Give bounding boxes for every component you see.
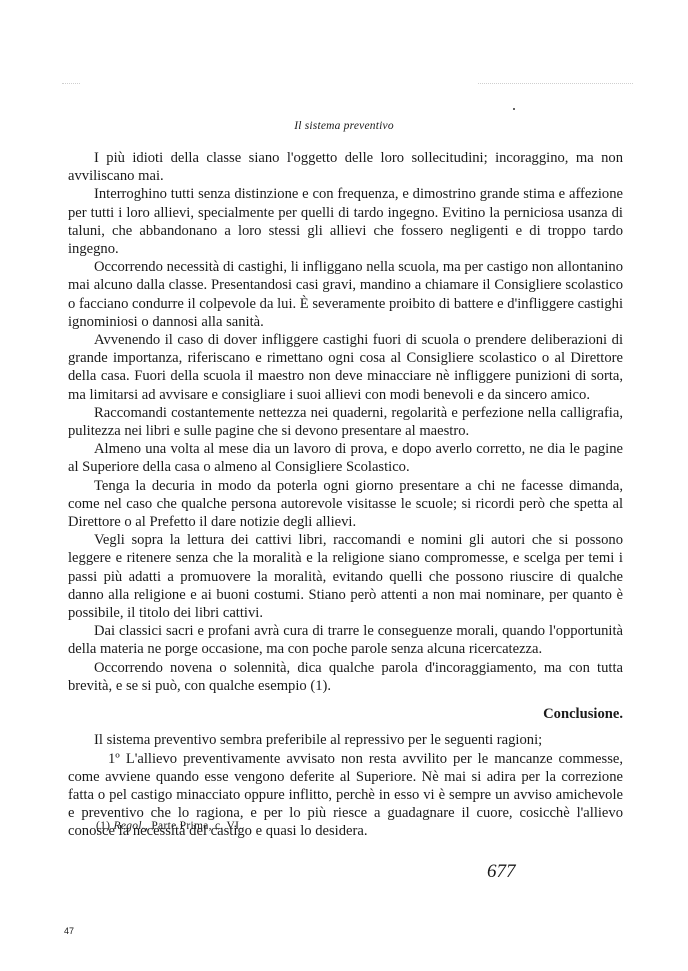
paragraph: Almeno una volta al mese dia un lavoro d… (68, 440, 623, 476)
paragraph: Interroghino tutti senza distinzione e c… (68, 185, 623, 258)
paragraph: Raccomandi costantemente nettezza nei qu… (68, 404, 623, 440)
section-heading: Conclusione. (68, 705, 623, 723)
document-page: Il sistema preventivo I più idioti della… (0, 0, 688, 971)
paragraph: Occorrendo necessità di castighi, li inf… (68, 258, 623, 331)
scan-number: 47 (64, 926, 74, 936)
scan-artifact (62, 83, 80, 85)
paragraph: Tenga la decuria in modo da poterla ogni… (68, 477, 623, 532)
paragraph: Occorrendo novena o solennità, dica qual… (68, 659, 623, 695)
paragraph: Avvenendo il caso di dover infliggere ca… (68, 331, 623, 404)
footnote-text: , Parte Prima, c. VI. (145, 820, 242, 832)
paragraph: Dai classici sacri e profani avrà cura d… (68, 622, 623, 658)
paragraph: I più idioti della classe siano l'oggett… (68, 149, 623, 185)
scan-speck (513, 108, 515, 110)
footnote-marker: (1) (96, 820, 110, 832)
scan-artifact (478, 83, 633, 85)
page-number: 677 (487, 861, 516, 883)
footnote-italic: Regol. (114, 820, 146, 832)
running-head: Il sistema preventivo (0, 120, 688, 132)
conclusion-paragraph: Il sistema preventivo sembra preferibile… (68, 731, 623, 749)
body-text: I più idioti della classe siano l'oggett… (68, 149, 623, 841)
footnote: (1) Regol., Parte Prima, c. VI. (96, 820, 242, 832)
paragraph: Vegli sopra la lettura dei cattivi libri… (68, 531, 623, 622)
